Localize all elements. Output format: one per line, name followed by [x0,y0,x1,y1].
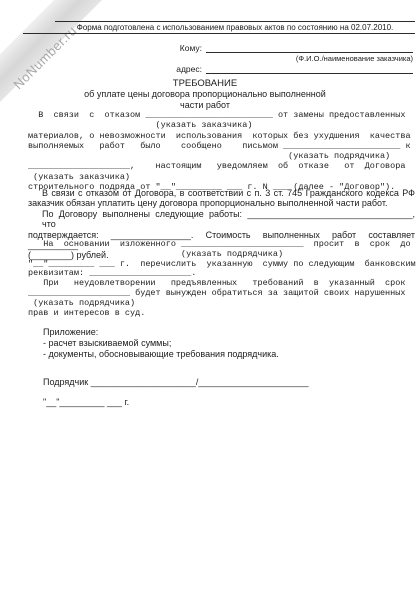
address-blank-line [206,64,413,74]
title-line-3: части работ [0,100,410,110]
appendix-section: Приложение: - расчет взыскиваемой суммы;… [43,327,279,359]
appendix-item: - расчет взыскиваемой суммы; [43,338,279,349]
legal-basis-line-1: В связи с отказом от Договора, в соответ… [28,188,415,198]
body-paragraph-refusal: В связи с отказом ______________________… [28,110,411,192]
appendix-title: Приложение: [43,327,279,338]
header-rule-bottom [23,33,415,34]
title-line-1: ТРЕБОВАНИЕ [0,79,410,89]
contractor-signature-line: Подрядчик _____________________/________… [43,377,308,387]
to-label: Кому: [140,43,202,53]
prepared-note: Форма подготовлена с использованием прав… [55,23,415,32]
body-paragraph-legal-basis: В связи с отказом от Договора, в соответ… [28,188,415,209]
body-paragraph-demand: На основании изложенного _______________… [28,240,416,318]
to-blank-line [206,43,413,53]
address-label: адрес: [140,64,202,74]
document-page: NoNumber.ru Форма подготовлена с использ… [0,0,420,600]
document-title: ТРЕБОВАНИЕ об уплате цены договора пропо… [0,79,410,110]
date-line: "__"_________ ___ г. [43,397,129,407]
legal-basis-line-2: заказчик обязан уплатить цену договора п… [28,198,415,208]
header-rule-top [55,21,415,22]
to-caption: (Ф.И.О./наименование заказчика) [205,54,413,63]
works-line-1: По Договору выполнены следующие работы: … [28,209,415,230]
title-line-2: об уплате цены договора пропорционально … [0,89,410,99]
appendix-item: - документы, обосновывающие требования п… [43,349,279,360]
